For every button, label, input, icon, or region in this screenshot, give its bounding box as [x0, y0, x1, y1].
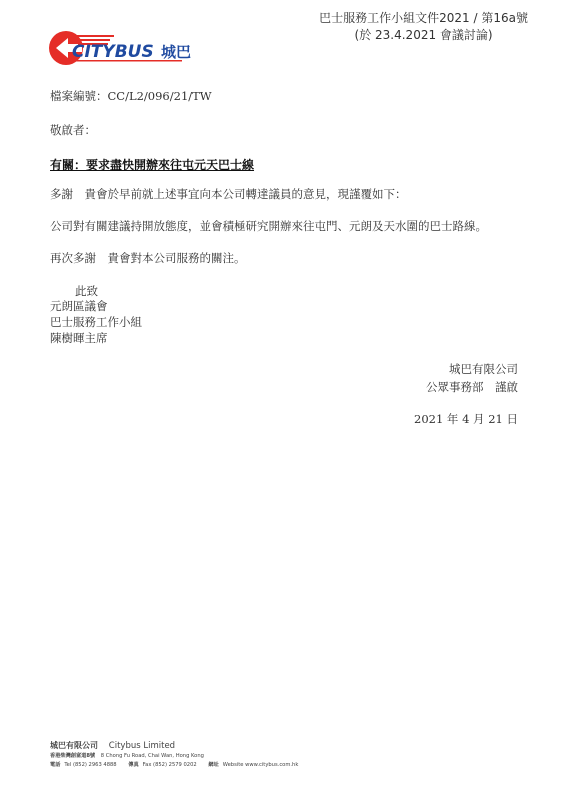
file-reference: 檔案編號：CC/L2/096/21/TW [50, 88, 212, 104]
document-reference: 巴士服務工作小組文件2021 / 第16a號 (於 23.4.2021 會議討論… [319, 10, 528, 44]
signature-department: 公眾事務部 謹啟 [414, 378, 518, 396]
footer-website[interactable]: Website www.citybus.com.hk [223, 762, 299, 768]
footer-tel: Tel (852) 2963 4888 [64, 762, 116, 768]
footer-company-zh: 城巴有限公司 [50, 741, 98, 750]
paragraph-1: 多謝 貴會於早前就上述事宜向本公司轉達議員的意見，現謹覆如下： [50, 186, 407, 202]
recipient-chairman: 陳樹暉主席 [50, 330, 142, 346]
salutation: 敬啟者： [50, 122, 96, 138]
footer-address-en: 8 Chong Fu Road, Chai Wan, Hong Kong [101, 753, 204, 759]
letter-date: 2021 年 4 月 21 日 [414, 410, 518, 428]
footer-address-zh: 香港柴灣創富道8號 [50, 753, 95, 759]
footer-fax: Fax (852) 2579 0202 [143, 762, 197, 768]
letterhead-footer: 城巴有限公司 Citybus Limited 香港柴灣創富道8號 8 Chong… [50, 740, 298, 770]
paragraph-3: 再次多謝 貴會對本公司服務的關注。 [50, 250, 246, 266]
recipient-block: 元朗區議會 巴士服務工作小組 陳樹暉主席 [50, 298, 142, 346]
footer-company-en: Citybus Limited [109, 741, 175, 751]
recipient-council: 元朗區議會 [50, 298, 142, 314]
closing: 此致 [75, 283, 98, 299]
footer-fax-label: 傳真 [128, 762, 138, 768]
svg-text:CITYBUS: CITYBUS [72, 42, 154, 62]
citybus-logo: CITYBUS 城巴 [48, 30, 198, 66]
footer-tel-label: 電話 [50, 762, 60, 768]
signature-company: 城巴有限公司 [414, 360, 518, 378]
footer-web-label: 網址 [208, 762, 218, 768]
paragraph-2: 公司對有關建議持開放態度，並會積極研究開辦來往屯門、元朗及天水圍的巴士路線。 [50, 218, 487, 234]
doc-ref-number: 巴士服務工作小組文件2021 / 第16a號 [319, 10, 528, 27]
svg-text:城巴: 城巴 [161, 43, 191, 61]
citybus-arrow-logo-icon: CITYBUS 城巴 [48, 30, 198, 66]
letter-subject: 有關：要求盡快開辦來往屯元天巴士線 [50, 156, 254, 173]
signature-block: 城巴有限公司 公眾事務部 謹啟 2021 年 4 月 21 日 [414, 360, 518, 428]
doc-ref-meeting: (於 23.4.2021 會議討論) [319, 27, 528, 44]
recipient-working-group: 巴士服務工作小組 [50, 314, 142, 330]
